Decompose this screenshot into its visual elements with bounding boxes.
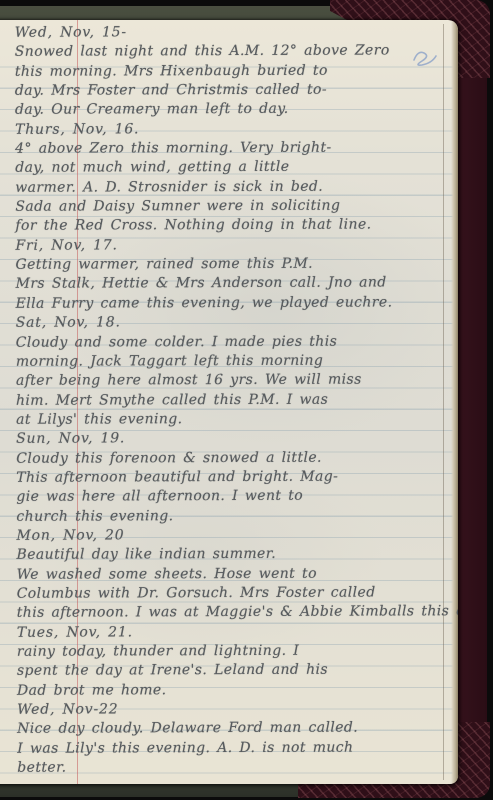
diary-line: Cloudy this forenoon & snowed a little. — [16, 448, 452, 469]
diary-line: gie was here all afternoon. I went to — [16, 486, 452, 507]
diary-date-line: Tues, Nov, 21. — [17, 622, 453, 643]
diary-line: Dad brot me home. — [17, 680, 453, 701]
diary-line: Sada and Daisy Sumner were in soliciting — [15, 196, 451, 217]
diary-date-line: Wed, Nov-22 — [17, 699, 453, 720]
diary-line: at Lilys' this evening. — [16, 409, 452, 430]
handwriting: Wed, Nov, 15-Snowed last night and this … — [15, 22, 454, 778]
diary-line: Mrs Stalk, Hettie & Mrs Anderson call. J… — [16, 274, 452, 295]
diary-line: this morning. Mrs Hixenbaugh buried to — [15, 61, 451, 82]
diary-line: Columbus with Dr. Gorsuch. Mrs Foster ca… — [17, 583, 453, 604]
diary-line: for the Red Cross. Nothing doing in that… — [15, 216, 451, 237]
diary-line: Ella Furry came this evening, we played … — [16, 293, 452, 314]
diary-line: Cloudy and some colder. I made pies this — [16, 332, 452, 353]
diary-line: after being here almost 16 yrs. We will … — [16, 370, 452, 391]
diary-date-line: Thurs, Nov, 16. — [15, 119, 451, 140]
diary-line: better. — [17, 757, 453, 778]
diary-date-line: Mon, Nov, 20 — [16, 525, 452, 546]
blue-pencil-mark — [408, 46, 442, 70]
diary-line: him. Mert Smythe called this P.M. I was — [16, 390, 452, 411]
diary-line: day. Mrs Foster and Christmis called to- — [15, 80, 451, 101]
diary-date-line: Fri, Nov, 17. — [15, 235, 451, 256]
diary-line: This afternoon beautiful and bright. Mag… — [16, 467, 452, 488]
diary-line: I was Lily's this evening. A. D. is not … — [17, 738, 453, 759]
diary-line: church this evening. — [16, 506, 452, 527]
diary-line: rainy today, thunder and lightning. I — [17, 641, 453, 662]
diary-line: spent the day at Irene's. Leland and his — [17, 661, 453, 682]
diary-line: this afternoon. I was at Maggie's & Abbi… — [17, 603, 453, 624]
notebook-page: Wed, Nov, 15-Snowed last night and this … — [0, 20, 458, 784]
diary-date-line: Wed, Nov, 15- — [15, 22, 451, 43]
diary-date-line: Sat, Nov, 18. — [16, 312, 452, 333]
diary-line: 4° above Zero this morning. Very bright- — [15, 138, 451, 159]
diary-line: Beautiful day like indian summer. — [17, 545, 453, 566]
diary-line: Nice day cloudy. Delaware Ford man calle… — [17, 719, 453, 740]
diary-date-line: Sun, Nov, 19. — [16, 428, 452, 449]
diary-line: day. Our Creamery man left to day. — [15, 100, 451, 121]
diary-line: Getting warmer, rained some this P.M. — [15, 254, 451, 275]
diary-line: We washed some sheets. Hose went to — [17, 564, 453, 585]
diary-line: warmer. A. D. Strosnider is sick in bed. — [15, 177, 451, 198]
diary-line: Snowed last night and this A.M. 12° abov… — [15, 42, 451, 63]
diary-line: morning. Jack Taggart left this morning — [16, 351, 452, 372]
diary-line: day, not much wind, getting a little — [15, 158, 451, 179]
